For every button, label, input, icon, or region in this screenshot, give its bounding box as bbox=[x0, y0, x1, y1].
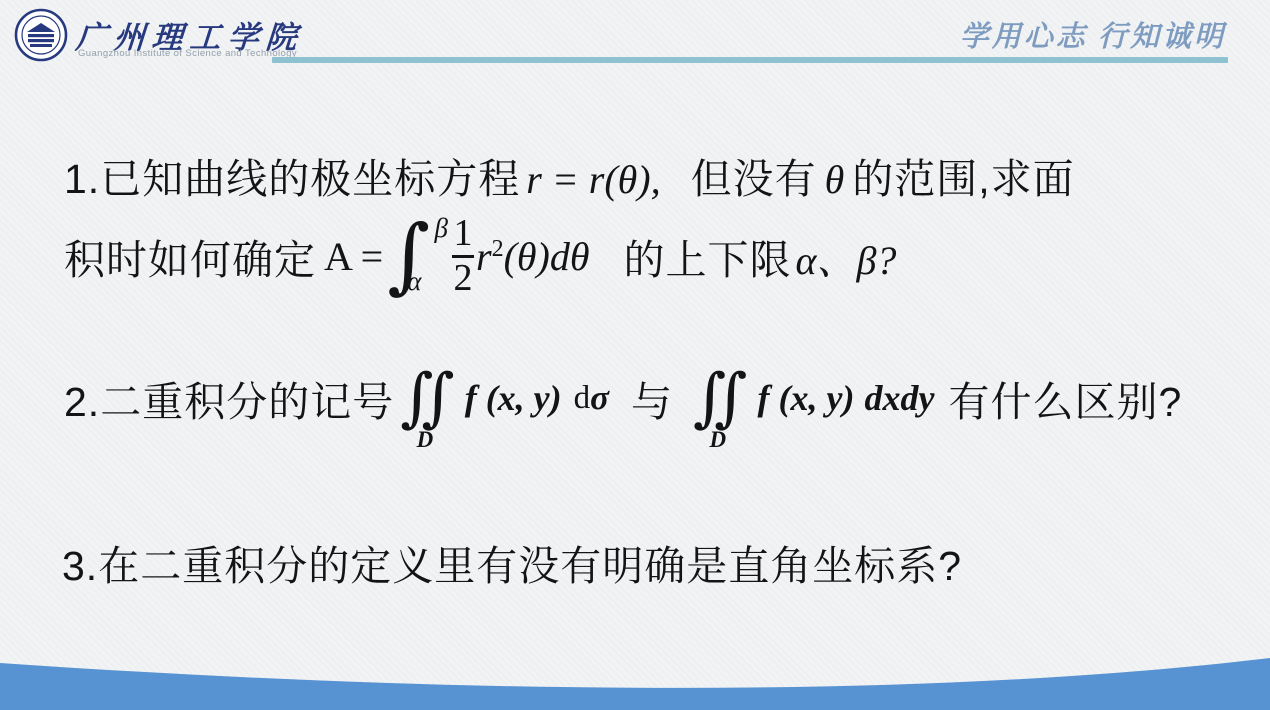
q1-text-prefix2: 积时如何确定 bbox=[64, 227, 316, 286]
question-1-line-2: 积时如何确定 A = ∫ β α 1 2 r 2 (θ)dθ 的上下限 α、β? bbox=[64, 204, 896, 308]
q2-text-suffix: 有什么区别? bbox=[948, 369, 1182, 428]
dxdy-differential: dxdy bbox=[864, 377, 934, 419]
q1-text-prefix: 1.已知曲线的极坐标方程 bbox=[64, 146, 520, 205]
fraction-numerator: 1 bbox=[453, 214, 472, 254]
q1-theta-symbol: θ bbox=[825, 156, 845, 203]
integrand-r: r bbox=[476, 233, 492, 280]
q1-polar-equation: r = r(θ), bbox=[526, 156, 660, 203]
integral-sign: ∫ β α bbox=[387, 217, 430, 295]
q1-text-mid: 但没有 bbox=[691, 146, 817, 205]
university-motto: 学用心志 行知诚明 bbox=[960, 14, 1226, 55]
differential-d-1: d bbox=[574, 380, 591, 417]
header-divider-line bbox=[272, 57, 1228, 63]
integrand: r 2 (θ)dθ bbox=[476, 233, 590, 280]
double-integral-glyph-1: ∬ bbox=[400, 369, 455, 428]
integration-domain-2: D bbox=[709, 427, 726, 453]
integration-domain-1: D bbox=[417, 427, 434, 453]
bottom-wave-decoration bbox=[0, 650, 1270, 710]
university-emblem-icon bbox=[14, 8, 68, 62]
fraction-denominator: 2 bbox=[453, 259, 472, 299]
double-integral-sign-1: ∬ D bbox=[400, 369, 455, 428]
integrand-exponent: 2 bbox=[492, 236, 504, 263]
presentation-slide: 广州理工学院 Guangzhou Institute of Science an… bbox=[0, 0, 1270, 710]
integrand-rest: (θ)dθ bbox=[504, 233, 590, 280]
slide-header: 广州理工学院 Guangzhou Institute of Science an… bbox=[0, 0, 1270, 80]
q1-text-suffix: 的范围,求面 bbox=[852, 146, 1074, 205]
question-1-line-1: 1.已知曲线的极坐标方程 r = r(θ), 但没有 θ 的范围,求面 bbox=[64, 146, 1075, 205]
integrand-fxy-2: f (x, y) bbox=[758, 377, 855, 419]
integral-upper-limit: β bbox=[435, 213, 448, 244]
double-integral-glyph-2: ∬ bbox=[693, 369, 748, 428]
q2-text-prefix: 2.二重积分的记号 bbox=[64, 369, 394, 428]
area-formula-lhs: A = bbox=[324, 233, 383, 280]
q2-conjunction: 与 bbox=[631, 369, 673, 428]
q3-text: 3.在二重积分的定义里有没有明确是直角坐标系? bbox=[62, 533, 962, 592]
sigma-symbol: σ bbox=[590, 378, 609, 418]
integrand-fxy-1: f (x, y) bbox=[465, 377, 562, 419]
question-2: 2.二重积分的记号 ∬ D f (x, y) d σ 与 ∬ D f (x, y… bbox=[64, 352, 1182, 444]
integral-lower-limit: α bbox=[407, 266, 421, 297]
alpha-beta-symbols: α、β? bbox=[796, 229, 897, 286]
question-3: 3.在二重积分的定义里有没有明确是直角坐标系? bbox=[62, 533, 962, 592]
double-integral-sign-2: ∬ D bbox=[693, 369, 748, 428]
one-half-fraction: 1 2 bbox=[452, 214, 474, 299]
q1-limits-question: 的上下限 α、β? bbox=[590, 227, 897, 286]
q1-text-suffix2: 的上下限 bbox=[624, 227, 792, 286]
university-name-en: Guangzhou Institute of Science and Techn… bbox=[78, 48, 297, 59]
